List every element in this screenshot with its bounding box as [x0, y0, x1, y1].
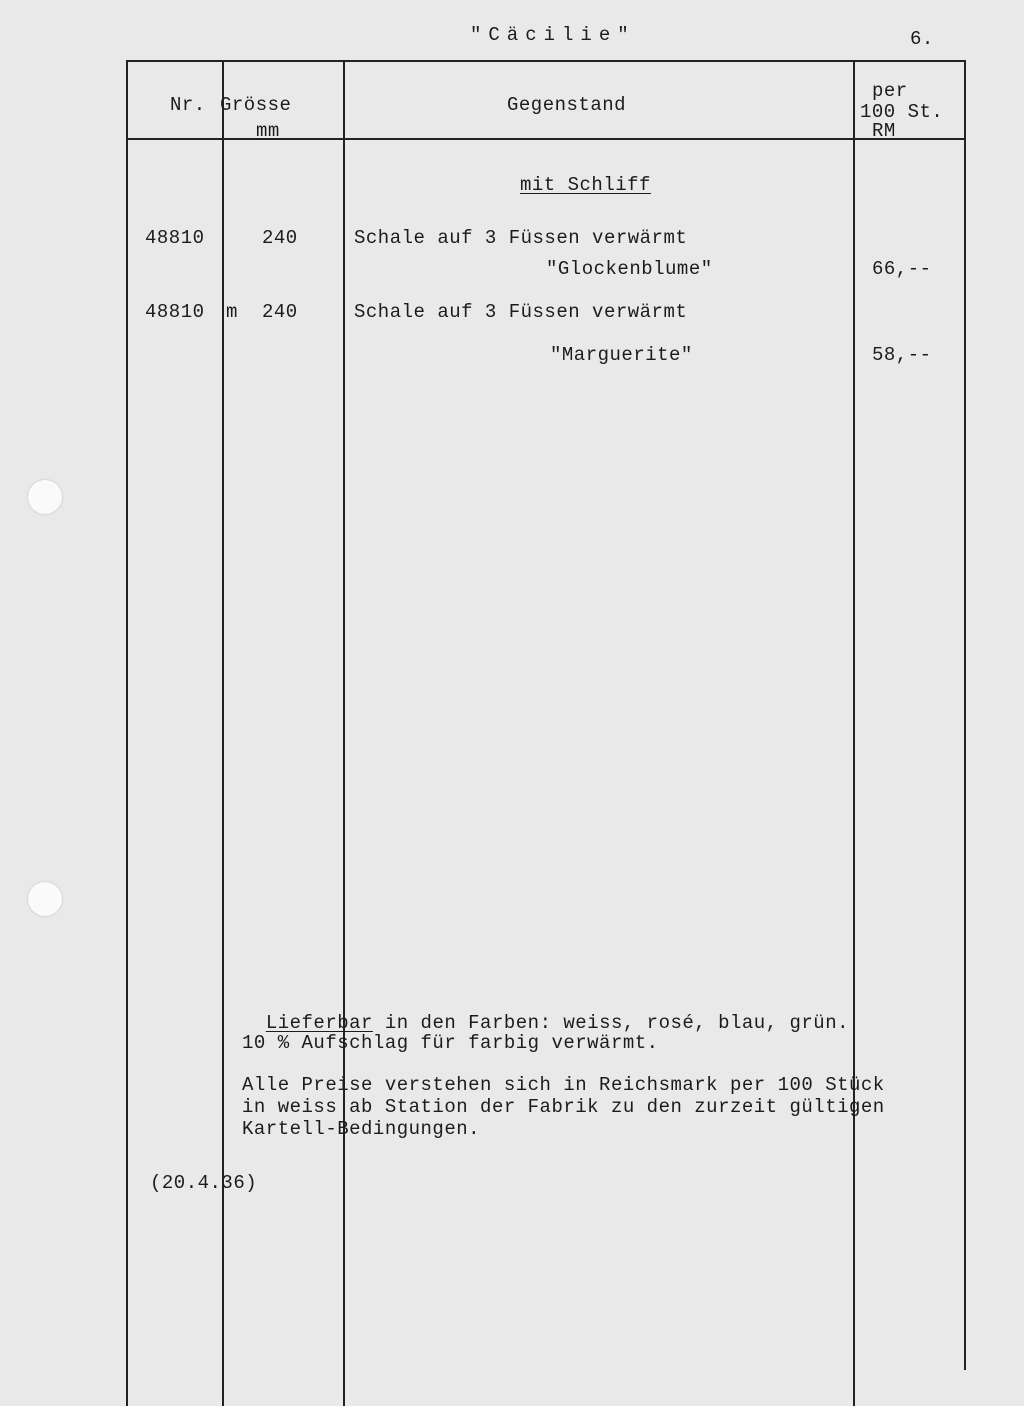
colors-note: Lieferbar in den Farben: weiss, rosé, bl…: [242, 990, 849, 1034]
header-nr: Nr.: [170, 94, 206, 116]
header-gegenstand: Gegenstand: [507, 94, 626, 116]
col-border-left: [126, 60, 128, 1406]
header-groesse: Grösse: [220, 94, 291, 116]
row-nr: 48810: [145, 301, 205, 323]
punch-hole: [28, 480, 62, 514]
section-title: mit Schliff: [520, 174, 651, 196]
terms-line-1: Alle Preise verstehen sich in Reichsmark…: [242, 1074, 885, 1096]
col-border-right: [964, 60, 966, 1370]
document-date: (20.4.36): [150, 1172, 257, 1194]
row-price: 66,--: [872, 258, 932, 280]
header-bottom-border: [126, 138, 966, 140]
row-groesse: 240: [262, 227, 298, 249]
terms-line-3: Kartell-Bedingungen.: [242, 1118, 480, 1140]
terms-line-2: in weiss ab Station der Fabrik zu den zu…: [242, 1096, 885, 1118]
row-nr: 48810: [145, 227, 205, 249]
row-price: 58,--: [872, 344, 932, 366]
punch-hole: [28, 882, 62, 916]
header-groesse-unit: mm: [256, 120, 280, 142]
surcharge-note: 10 % Aufschlag für farbig verwärmt.: [242, 1032, 659, 1054]
row-marker: m: [226, 301, 238, 323]
header-price-l1: per: [872, 80, 908, 102]
row-pattern: "Glockenblume": [546, 258, 713, 280]
colors-label: Lieferbar: [266, 1012, 373, 1034]
table-top-border: [126, 60, 966, 62]
row-groesse: 240: [262, 301, 298, 323]
col-border-nr: [222, 60, 224, 1406]
row-pattern: "Marguerite": [550, 344, 693, 366]
row-description: Schale auf 3 Füssen verwärmt: [354, 301, 687, 323]
page-title: "Cäcilie": [470, 24, 636, 46]
row-description: Schale auf 3 Füssen verwärmt: [354, 227, 687, 249]
colors-text: in den Farben: weiss, rosé, blau, grün.: [373, 1012, 849, 1034]
page-number: 6.: [910, 28, 934, 50]
col-border-groesse: [343, 60, 345, 1406]
col-border-gegenstand: [853, 60, 855, 1406]
header-price-l3: RM: [872, 120, 896, 142]
